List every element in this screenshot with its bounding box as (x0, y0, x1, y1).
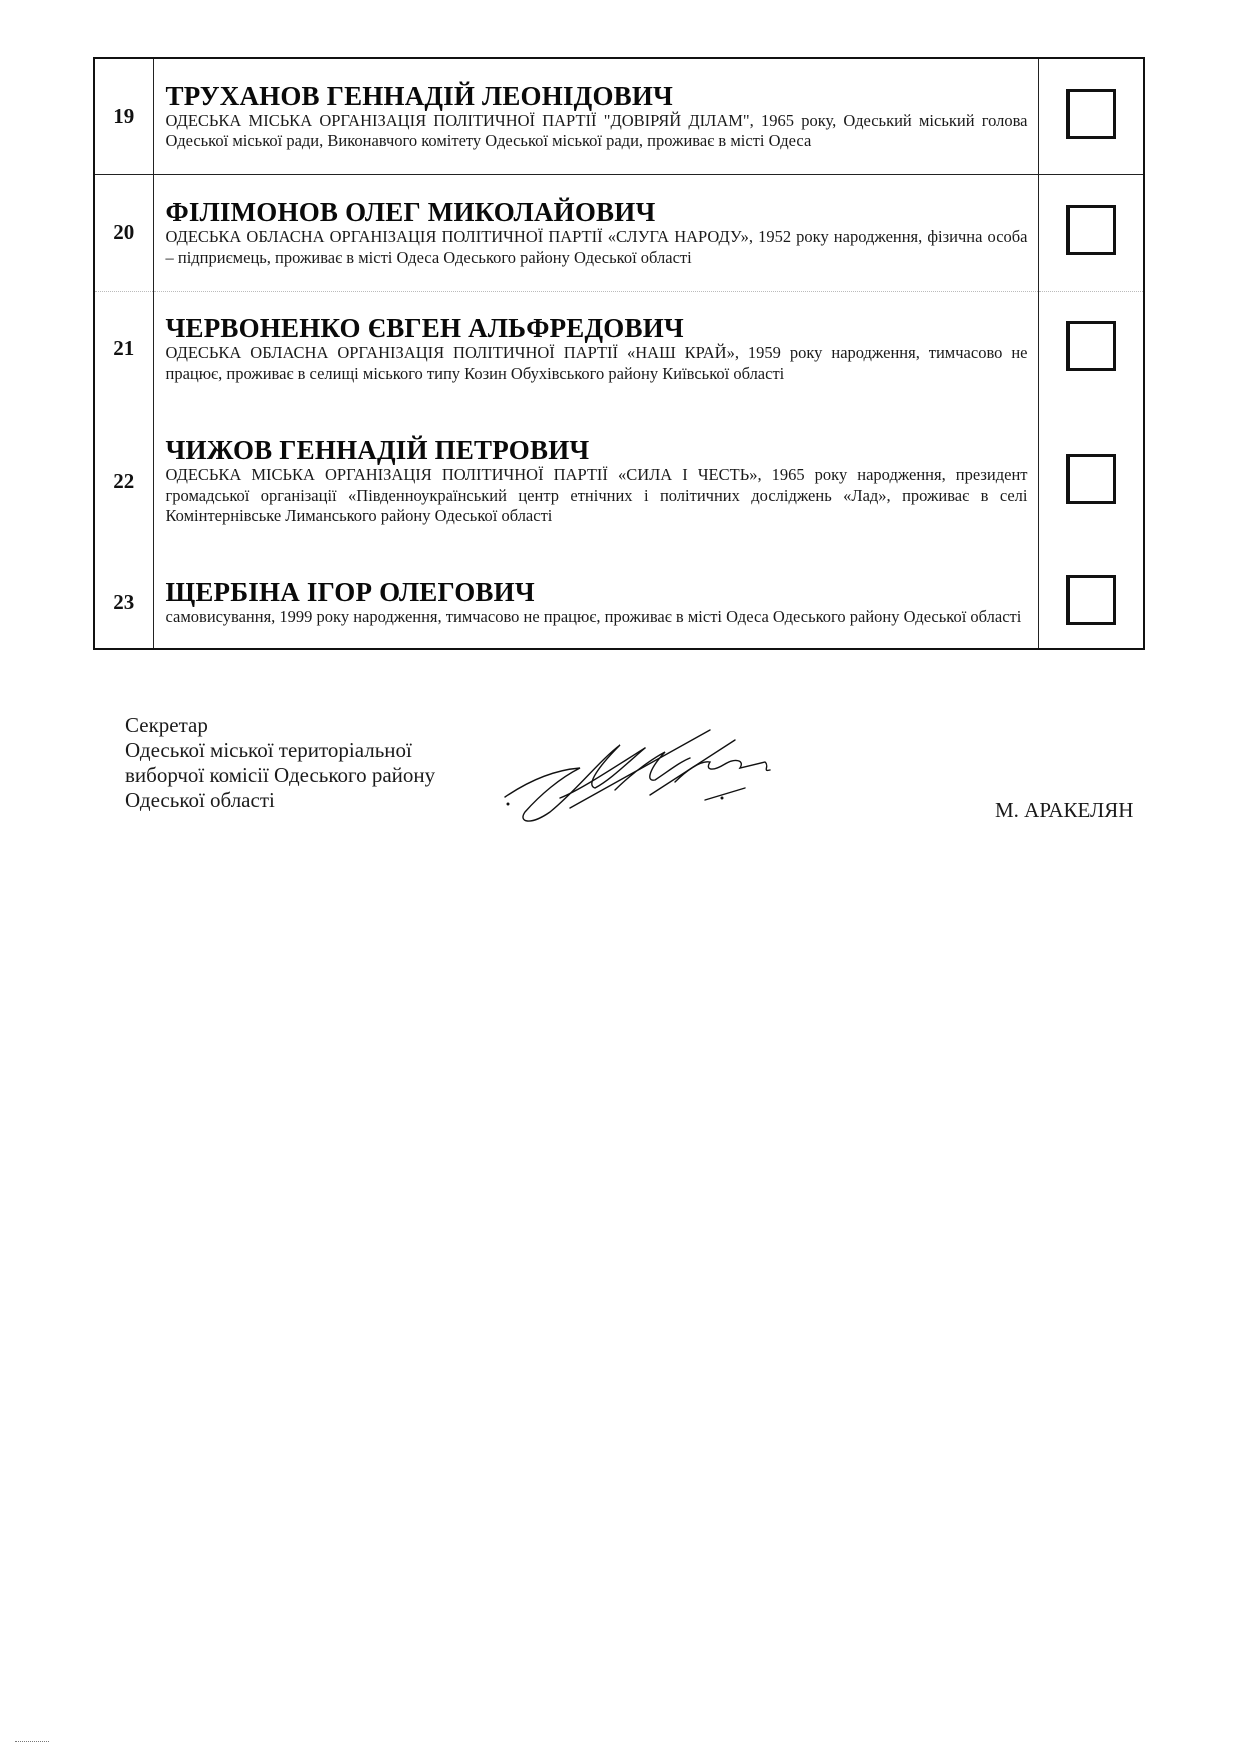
candidate-number: 22 (94, 406, 153, 556)
ballot-table: 19 ТРУХАНОВ ГЕННАДІЙ ЛЕОНІДОВИЧ ОДЕСЬКА … (93, 57, 1145, 650)
signer-name: М. АРАКЕЛЯН (995, 798, 1133, 823)
vote-cell (1038, 58, 1144, 174)
candidate-info: ФІЛІМОНОВ ОЛЕГ МИКОЛАЙОВИЧ ОДЕСЬКА ОБЛАС… (153, 174, 1038, 291)
candidate-name: ФІЛІМОНОВ ОЛЕГ МИКОЛАЙОВИЧ (166, 197, 1028, 227)
candidate-number: 21 (94, 291, 153, 406)
candidate-description: ОДЕСЬКА МІСЬКА ОРГАНІЗАЦІЯ ПОЛІТИЧНОЇ ПА… (166, 465, 1028, 527)
candidate-row: 23 ЩЕРБІНА ІГОР ОЛЕГОВИЧ самовисування, … (94, 556, 1144, 649)
candidate-name: ТРУХАНОВ ГЕННАДІЙ ЛЕОНІДОВИЧ (166, 81, 1028, 111)
candidate-name: ЩЕРБІНА ІГОР ОЛЕГОВИЧ (166, 577, 1028, 607)
vote-cell (1038, 556, 1144, 649)
candidate-name: ЧИЖОВ ГЕННАДІЙ ПЕТРОВИЧ (166, 435, 1028, 465)
candidate-info: ТРУХАНОВ ГЕННАДІЙ ЛЕОНІДОВИЧ ОДЕСЬКА МІС… (153, 58, 1038, 174)
secretary-title-line: Секретар (125, 713, 435, 738)
candidate-row: 21 ЧЕРВОНЕНКО ЄВГЕН АЛЬФРЕДОВИЧ ОДЕСЬКА … (94, 291, 1144, 406)
secretary-title: Секретар Одеської міської територіальної… (125, 713, 435, 813)
vote-checkbox[interactable] (1066, 321, 1116, 371)
vote-checkbox[interactable] (1066, 575, 1116, 625)
candidate-info: ЧЕРВОНЕНКО ЄВГЕН АЛЬФРЕДОВИЧ ОДЕСЬКА ОБЛ… (153, 291, 1038, 406)
vote-cell (1038, 406, 1144, 556)
candidate-row: 22 ЧИЖОВ ГЕННАДІЙ ПЕТРОВИЧ ОДЕСЬКА МІСЬК… (94, 406, 1144, 556)
candidate-description: ОДЕСЬКА МІСЬКА ОРГАНІЗАЦІЯ ПОЛІТИЧНОЇ ПА… (166, 111, 1028, 152)
signature-icon (500, 700, 800, 830)
candidate-number: 20 (94, 174, 153, 291)
candidate-description: самовисування, 1999 року народження, тим… (166, 607, 1028, 628)
candidate-number: 19 (94, 58, 153, 174)
vote-checkbox[interactable] (1066, 89, 1116, 139)
vote-checkbox[interactable] (1066, 454, 1116, 504)
secretary-title-line: виборчої комісії Одеського району (125, 763, 435, 788)
candidate-description: ОДЕСЬКА ОБЛАСНА ОРГАНІЗАЦІЯ ПОЛІТИЧНОЇ П… (166, 227, 1028, 268)
vote-checkbox[interactable] (1066, 205, 1116, 255)
candidate-row: 19 ТРУХАНОВ ГЕННАДІЙ ЛЕОНІДОВИЧ ОДЕСЬКА … (94, 58, 1144, 174)
secretary-title-line: Одеської міської територіальної (125, 738, 435, 763)
vote-cell (1038, 174, 1144, 291)
secretary-title-line: Одеської області (125, 788, 435, 813)
candidate-info: ЩЕРБІНА ІГОР ОЛЕГОВИЧ самовисування, 199… (153, 556, 1038, 649)
scan-artifact (15, 1741, 49, 1744)
candidate-info: ЧИЖОВ ГЕННАДІЙ ПЕТРОВИЧ ОДЕСЬКА МІСЬКА О… (153, 406, 1038, 556)
candidate-name: ЧЕРВОНЕНКО ЄВГЕН АЛЬФРЕДОВИЧ (166, 313, 1028, 343)
candidate-number: 23 (94, 556, 153, 649)
vote-cell (1038, 291, 1144, 406)
candidate-description: ОДЕСЬКА ОБЛАСНА ОРГАНІЗАЦІЯ ПОЛІТИЧНОЇ П… (166, 343, 1028, 384)
candidate-row: 20 ФІЛІМОНОВ ОЛЕГ МИКОЛАЙОВИЧ ОДЕСЬКА ОБ… (94, 174, 1144, 291)
